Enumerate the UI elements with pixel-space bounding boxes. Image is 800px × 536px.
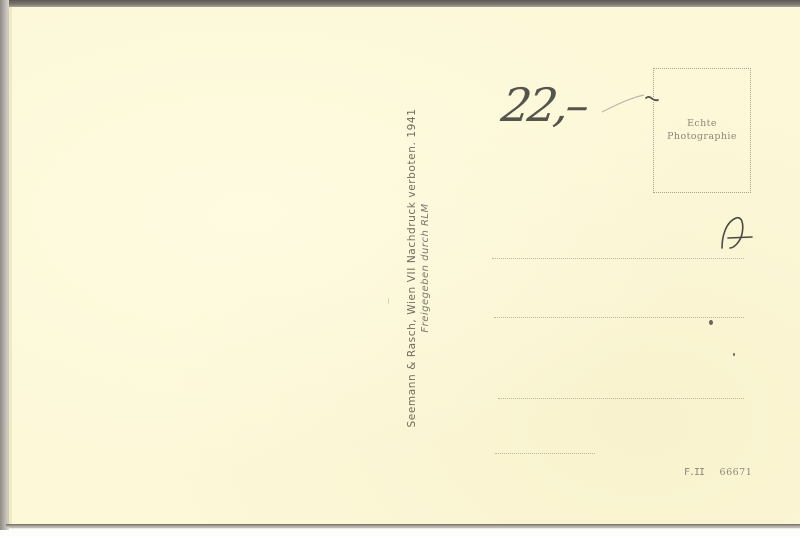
- postcard-scan: Seemann & Rasch, Wien VII Nachdruck verb…: [0, 0, 800, 536]
- handwritten-price: 22,–: [498, 78, 590, 132]
- scan-bottom-shadow: [6, 524, 800, 527]
- serial-number: F.II 66671: [684, 467, 752, 478]
- publisher-imprint: Seemann & Rasch, Wien VII Nachdruck verb…: [405, 109, 433, 428]
- ink-speck: [709, 320, 713, 325]
- scan-left-border: [0, 0, 9, 530]
- address-line-3: [498, 398, 744, 399]
- publisher-line: Seemann & Rasch, Wien VII Nachdruck verb…: [405, 109, 419, 428]
- stamp-box: Echte Photographie: [653, 68, 751, 193]
- censorship-line: Freigegeben durch RLM: [419, 109, 433, 428]
- scan-top-border: [0, 0, 800, 7]
- stamp-box-label: Echte Photographie: [654, 117, 750, 143]
- ink-speck: [733, 353, 735, 356]
- stamp-label-line1: Echte: [654, 117, 750, 130]
- card-edge: [9, 7, 12, 525]
- ink-speck: [388, 298, 389, 304]
- stamp-label-line2: Photographie: [654, 130, 750, 143]
- serial-value: 66671: [720, 467, 753, 478]
- address-line-1: [492, 258, 744, 259]
- serial-mark: F.II: [684, 467, 698, 478]
- pencil-stroke-icon: [600, 92, 660, 116]
- address-line-2: [494, 317, 744, 318]
- address-line-4: [495, 453, 595, 454]
- handwritten-initial-icon: [716, 214, 756, 254]
